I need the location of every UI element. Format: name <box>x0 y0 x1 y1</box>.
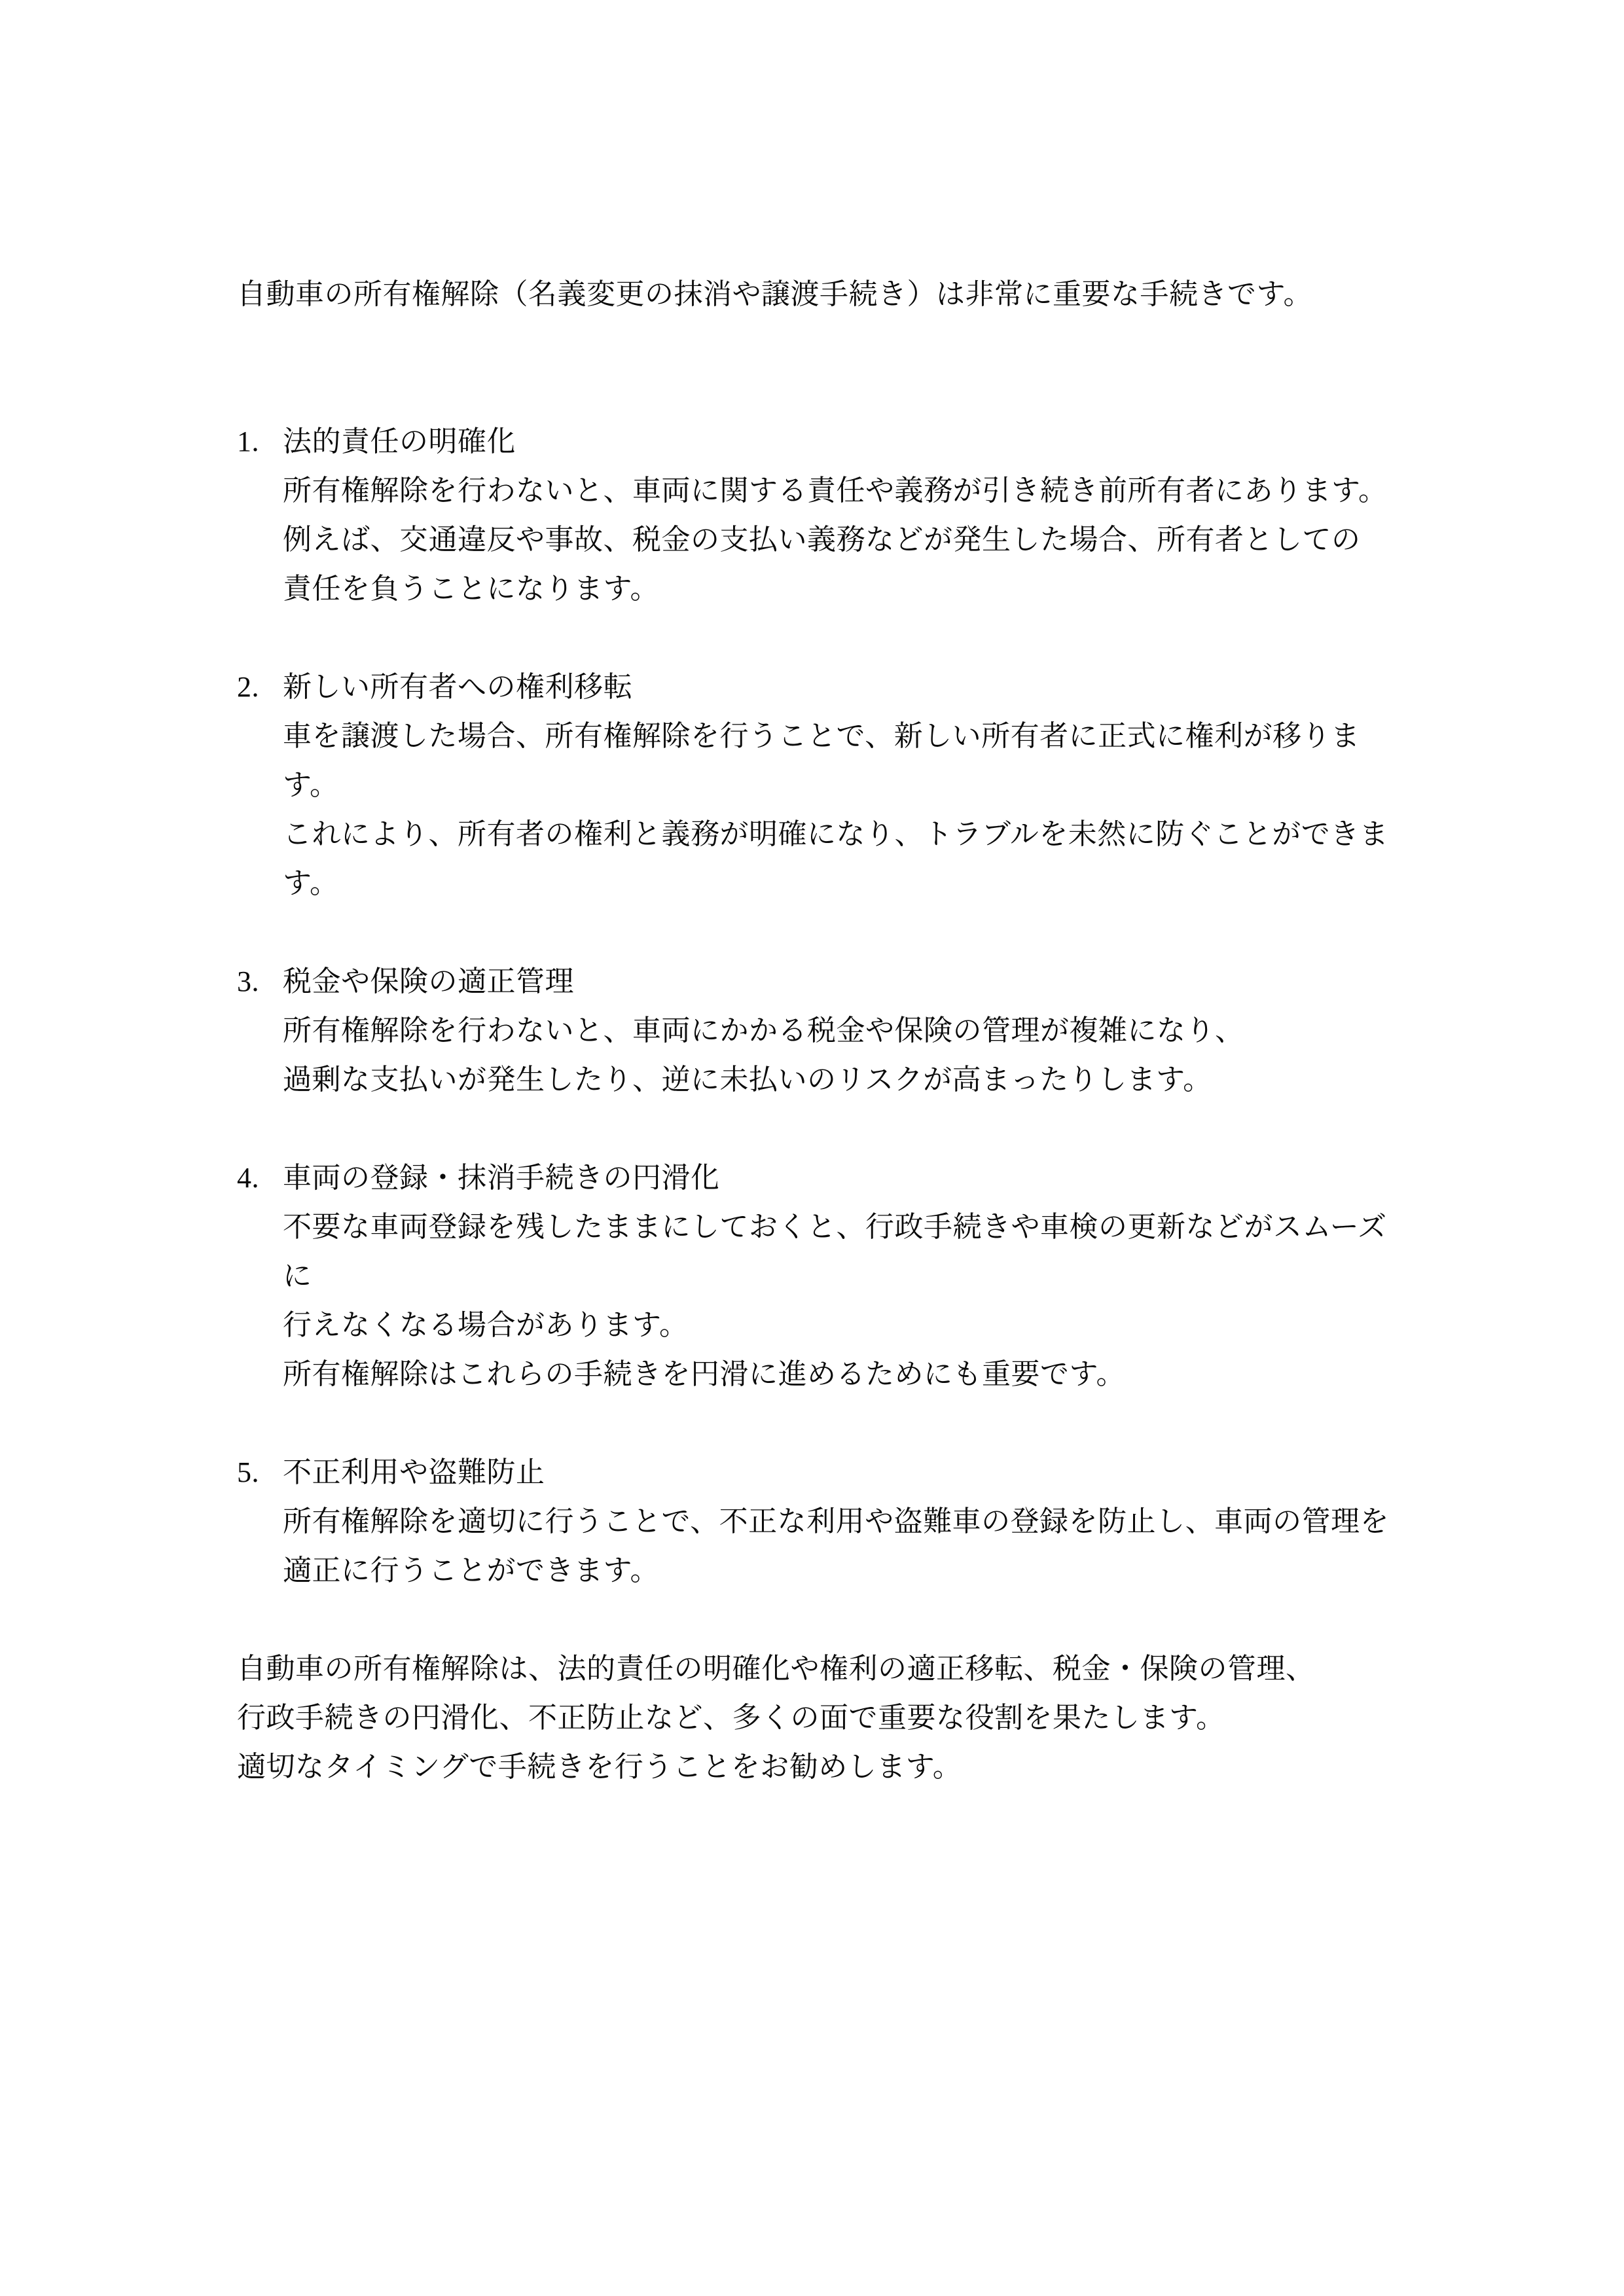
list-item-title: 不正利用や盗難防止 <box>283 1448 1415 1497</box>
list-item: 3. 税金や保険の適正管理 所有権解除を行わないと、車両にかかる税金や保険の管理… <box>237 957 1415 1104</box>
list-item-body: 車を譲渡した場合、所有権解除を行うことで、新しい所有者に正式に権利が移ります。 … <box>283 711 1415 908</box>
document-content: 自動車の所有権解除（名義変更の抹消や譲渡手続き）は非常に重要な手続きです。 1.… <box>237 270 1415 1791</box>
list-item-title: 車両の登録・抹消手続きの円滑化 <box>283 1153 1415 1202</box>
numbered-list: 1. 法的責任の明確化 所有権解除を行わないと、車両に関する責任や義務が引き続き… <box>237 417 1415 1595</box>
list-item-number: 2. <box>237 662 283 711</box>
list-item-content: 税金や保険の適正管理 所有権解除を行わないと、車両にかかる税金や保険の管理が複雑… <box>283 957 1415 1104</box>
list-item-body: 所有権解除を行わないと、車両にかかる税金や保険の管理が複雑になり、 過剰な支払い… <box>283 1006 1415 1104</box>
list-item-number: 5. <box>237 1448 283 1497</box>
list-item: 2. 新しい所有者への権利移転 車を譲渡した場合、所有権解除を行うことで、新しい… <box>237 662 1415 908</box>
list-item: 4. 車両の登録・抹消手続きの円滑化 不要な車両登録を残したままにしておくと、行… <box>237 1153 1415 1399</box>
list-item-body: 所有権解除を適切に行うことで、不正な利用や盗難車の登録を防止し、車両の管理を 適… <box>283 1497 1415 1595</box>
list-item-title: 法的責任の明確化 <box>283 417 1415 466</box>
list-item-title: 税金や保険の適正管理 <box>283 957 1415 1006</box>
list-item: 1. 法的責任の明確化 所有権解除を行わないと、車両に関する責任や義務が引き続き… <box>237 417 1415 613</box>
list-item-content: 不正利用や盗難防止 所有権解除を適切に行うことで、不正な利用や盗難車の登録を防止… <box>283 1448 1415 1595</box>
list-item-body: 所有権解除を行わないと、車両に関する責任や義務が引き続き前所有者にあります。 例… <box>283 466 1415 613</box>
intro-paragraph: 自動車の所有権解除（名義変更の抹消や譲渡手続き）は非常に重要な手続きです。 <box>237 270 1415 319</box>
document-page: 自動車の所有権解除（名義変更の抹消や譲渡手続き）は非常に重要な手続きです。 1.… <box>0 0 1624 2296</box>
list-item-number: 1. <box>237 417 283 466</box>
conclusion-paragraph: 自動車の所有権解除は、法的責任の明確化や権利の適正移転、税金・保険の管理、 行政… <box>237 1644 1415 1791</box>
list-item-content: 車両の登録・抹消手続きの円滑化 不要な車両登録を残したままにしておくと、行政手続… <box>283 1153 1415 1399</box>
list-item-title: 新しい所有者への権利移転 <box>283 662 1415 711</box>
list-item: 5. 不正利用や盗難防止 所有権解除を適切に行うことで、不正な利用や盗難車の登録… <box>237 1448 1415 1595</box>
list-item-number: 4. <box>237 1153 283 1202</box>
list-item-body: 不要な車両登録を残したままにしておくと、行政手続きや車検の更新などがスムーズに … <box>283 1202 1415 1399</box>
list-item-content: 新しい所有者への権利移転 車を譲渡した場合、所有権解除を行うことで、新しい所有者… <box>283 662 1415 908</box>
list-item-content: 法的責任の明確化 所有権解除を行わないと、車両に関する責任や義務が引き続き前所有… <box>283 417 1415 613</box>
list-item-number: 3. <box>237 957 283 1006</box>
